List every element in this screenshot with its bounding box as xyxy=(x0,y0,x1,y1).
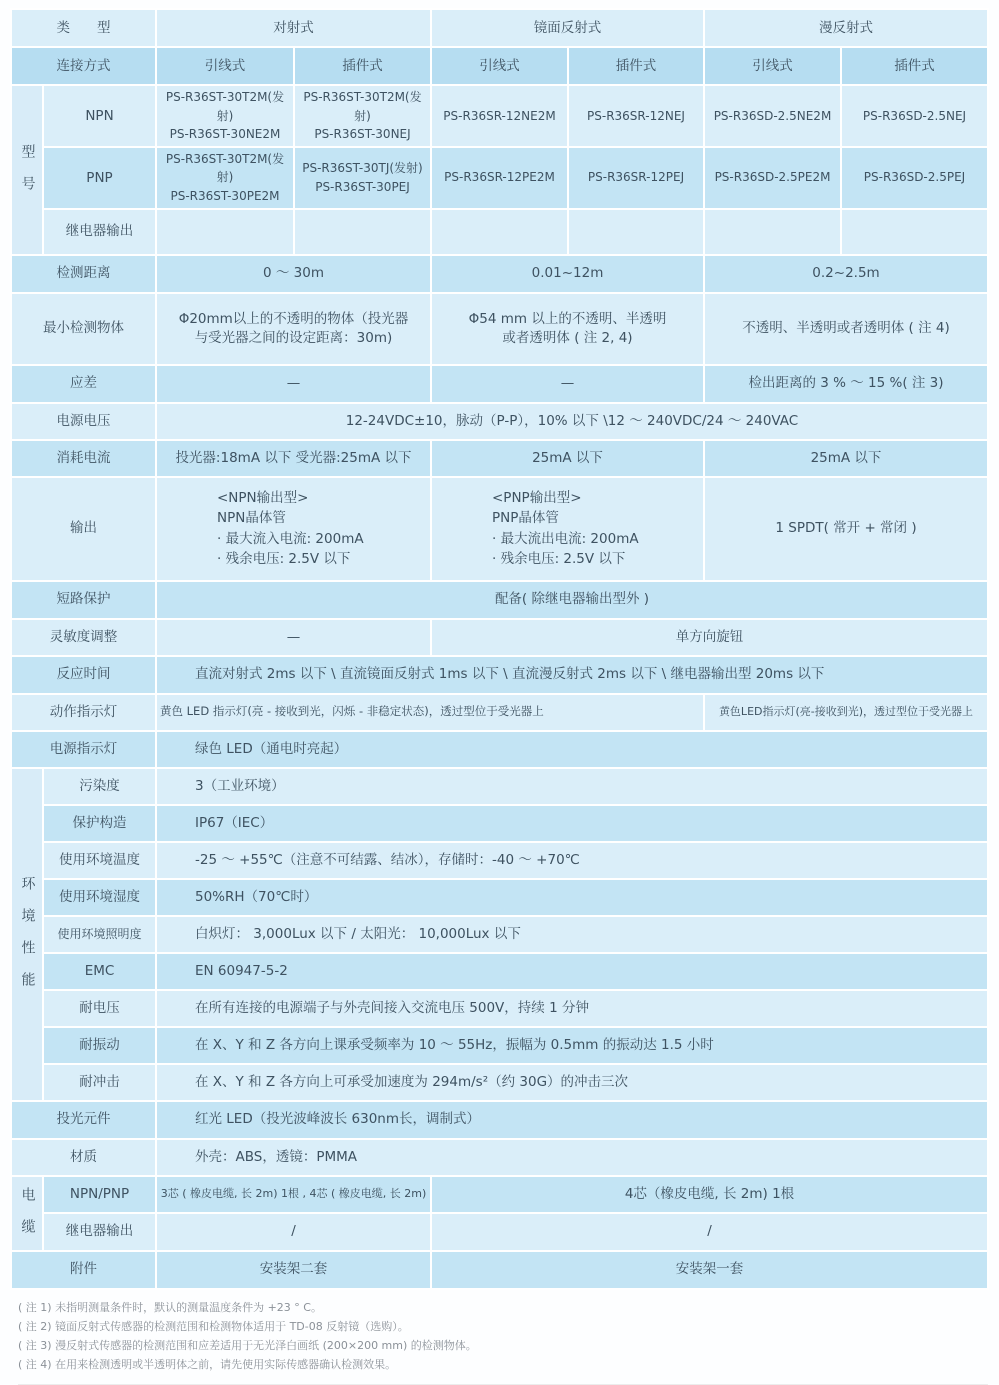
model-cell: PS-R36ST-30T2M(发射) PS-R36ST-30NE2M xyxy=(157,86,293,146)
row-output: 输出 <NPN输出型> NPN晶体管 · 最大流入电流: 200mA · 残余电… xyxy=(12,478,987,580)
row-label-withstand-voltage: 耐电压 xyxy=(44,991,155,1026)
cable-npn-pnp-right: 4芯（橡皮电缆, 长 2m) 1根 xyxy=(432,1177,987,1212)
row-emitter: 投光元件 红光 LED（投光波峰波长 630nm长，调制式） xyxy=(12,1102,987,1138)
supply-voltage-value: 12-24VDC±10，脉动（P-P），10% 以下 \12 ～ 240VDC/… xyxy=(157,404,987,439)
hysteresis-through-beam: — xyxy=(157,366,430,402)
connection-cell: 引线式 xyxy=(705,48,840,84)
row-label-operation-indicator: 动作指示灯 xyxy=(12,695,155,730)
connection-cell: 引线式 xyxy=(157,48,293,84)
row-env-protection: 保护构造 IP67（IEC） xyxy=(12,806,987,841)
sensitivity-value: 单方向旋钮 xyxy=(432,620,987,655)
sensing-distance-through-beam: 0 ～ 30m xyxy=(157,256,430,292)
spec-sheet: 类 型 对射式 镜面反射式 漫反射式 连接方式 引线式 插件式 引线式 插件式 … xyxy=(0,0,999,1385)
group-label-model: 型号 xyxy=(12,86,42,254)
model-cell: PS-R36SD-2.5NEJ xyxy=(842,86,987,146)
col-header-diffuse-reflective: 漫反射式 xyxy=(705,10,987,46)
row-label-output: 输出 xyxy=(12,478,155,580)
row-sensing-distance: 检测距离 0 ～ 30m 0.01~12m 0.2~2.5m xyxy=(12,256,987,292)
model-cell-empty xyxy=(842,210,987,254)
row-label-supply-voltage: 电源电压 xyxy=(12,404,155,439)
model-cell: PS-R36ST-30T2M(发射) PS-R36ST-30NEJ xyxy=(295,86,430,146)
model-cell: PS-R36ST-30T2M(发射) PS-R36ST-30PE2M xyxy=(157,148,293,208)
row-env-humidity: 使用环境湿度 50%RH（70℃时） xyxy=(12,880,987,915)
connection-cell: 插件式 xyxy=(569,48,703,84)
model-cell: PS-R36SR-12NE2M xyxy=(432,86,567,146)
model-cell: PS-R36SR-12PE2M xyxy=(432,148,567,208)
row-env-vibration: 耐振动 在 X、Y 和 Z 各方向上课承受频率为 10 ～ 55Hz，振幅为 0… xyxy=(12,1028,987,1063)
emitter-value: 红光 LED（投光波峰波长 630nm长，调制式） xyxy=(157,1102,987,1138)
row-label-ambient-humidity: 使用环境湿度 xyxy=(44,880,155,915)
current-diffuse: 25mA 以下 xyxy=(705,441,987,476)
current-through-beam: 投光器:18mA 以下 受光器:25mA 以下 xyxy=(157,441,430,476)
row-short-circuit: 短路保护 配备( 除继电器输出型外 ) xyxy=(12,582,987,618)
sensing-distance-diffuse: 0.2~2.5m xyxy=(705,256,987,292)
env-value: 50%RH（70℃时） xyxy=(157,880,987,915)
row-sensitivity: 灵敏度调整 — 单方向旋钮 xyxy=(12,620,987,655)
model-cell: PS-R36SD-2.5NE2M xyxy=(705,86,840,146)
row-label-pollution-degree: 污染度 xyxy=(44,769,155,804)
model-cell-empty xyxy=(157,210,293,254)
model-cell-empty xyxy=(295,210,430,254)
footnote-3: ( 注 3) 漫反射式传感器的检测范围和应差适用于无光泽白画纸 (200×200… xyxy=(18,1336,988,1355)
model-cell: PS-R36SR-12PEJ xyxy=(569,148,703,208)
row-env-pollution: 环境性能 污染度 3（工业环境） xyxy=(12,769,987,804)
min-object-retro: Φ54 mm 以上的不透明、半透明 或者透明体 ( 注 2, 4) xyxy=(432,294,703,364)
accessory-right: 安装架一套 xyxy=(432,1252,987,1288)
hysteresis-retro: — xyxy=(432,366,703,402)
row-model-pnp: PNP PS-R36ST-30T2M(发射) PS-R36ST-30PE2M P… xyxy=(12,148,987,208)
row-type: 类 型 对射式 镜面反射式 漫反射式 xyxy=(12,10,987,46)
spec-table: 类 型 对射式 镜面反射式 漫反射式 连接方式 引线式 插件式 引线式 插件式 … xyxy=(10,8,989,1290)
row-env-withstand-voltage: 耐电压 在所有连接的电源端子与外壳间接入交流电压 500V，持续 1 分钟 xyxy=(12,991,987,1026)
row-label-type: 类 型 xyxy=(12,10,155,46)
row-label-response-time: 反应时间 xyxy=(12,657,155,693)
row-label-min-object: 最小检测物体 xyxy=(12,294,155,364)
row-accessory: 附件 安装架二套 安装架一套 xyxy=(12,1252,987,1288)
env-value: IP67（IEC） xyxy=(157,806,987,841)
model-cell: PS-R36SR-12NEJ xyxy=(569,86,703,146)
footnote-4: ( 注 4) 在用来检测透明或半透明体之前，请先使用实际传感器确认检测效果。 xyxy=(18,1355,988,1374)
row-label-current-consumption: 消耗电流 xyxy=(12,441,155,476)
model-cell-empty xyxy=(569,210,703,254)
cable-relay-left: / xyxy=(157,1214,430,1250)
row-env-emc: EMC EN 60947-5-2 xyxy=(12,954,987,989)
row-label-hysteresis: 应差 xyxy=(12,366,155,402)
row-env-illuminance: 使用环境照明度 白炽灯： 3,000Lux 以下 / 太阳光： 10,000Lu… xyxy=(12,917,987,952)
row-current-consumption: 消耗电流 投光器:18mA 以下 受光器:25mA 以下 25mA 以下 25m… xyxy=(12,441,987,476)
env-value: EN 60947-5-2 xyxy=(157,954,987,989)
row-env-temperature: 使用环境温度 -25 ～ +55℃（注意不可结露、结冰），存储时：-40 ～ +… xyxy=(12,843,987,878)
min-object-diffuse: 不透明、半透明或者透明体 ( 注 4) xyxy=(705,294,987,364)
row-label-sensing-distance: 检测距离 xyxy=(12,256,155,292)
model-cell-empty xyxy=(705,210,840,254)
row-env-shock: 耐冲击 在 X、Y 和 Z 各方向上可承受加速度为 294m/s²（约 30G）… xyxy=(12,1065,987,1100)
row-label-sensitivity: 灵敏度调整 xyxy=(12,620,155,655)
material-value: 外壳：ABS，透镜：PMMA xyxy=(157,1140,987,1175)
row-label-accessory: 附件 xyxy=(12,1252,155,1288)
row-power-indicator: 电源指示灯 绿色 LED（通电时亮起） xyxy=(12,732,987,767)
group-label-cable: 电缆 xyxy=(12,1177,42,1250)
footnote-1: ( 注 1) 未指明测量条件时，默认的测量温度条件为 +23 ° C。 xyxy=(18,1298,988,1317)
row-label-material: 材质 xyxy=(12,1140,155,1175)
row-label-vibration-resistance: 耐振动 xyxy=(44,1028,155,1063)
row-label-emitter: 投光元件 xyxy=(12,1102,155,1138)
row-label-npn: NPN xyxy=(44,86,155,146)
operation-indicator-right: 黄色LED指示灯(亮-接收到光)，透过型位于受光器上 xyxy=(705,695,987,730)
operation-indicator-left: 黄色 LED 指示灯(亮 - 接收到光，闪烁 - 非稳定状态)，透过型位于受光器… xyxy=(157,695,703,730)
row-label-cable-relay: 继电器输出 xyxy=(44,1214,155,1250)
row-label-connection: 连接方式 xyxy=(12,48,155,84)
env-value: -25 ～ +55℃（注意不可结露、结冰），存储时：-40 ～ +70℃ xyxy=(157,843,987,878)
current-retro: 25mA 以下 xyxy=(432,441,703,476)
env-value: 在 X、Y 和 Z 各方向上可承受加速度为 294m/s²（约 30G）的冲击三… xyxy=(157,1065,987,1100)
footnote-2: ( 注 2) 镜面反射式传感器的检测范围和检测物体适用于 TD-08 反射镜（选… xyxy=(18,1317,988,1336)
row-model-npn: 型号 NPN PS-R36ST-30T2M(发射) PS-R36ST-30NE2… xyxy=(12,86,987,146)
row-operation-indicator: 动作指示灯 黄色 LED 指示灯(亮 - 接收到光，闪烁 - 非稳定状态)，透过… xyxy=(12,695,987,730)
output-npn-block: <NPN输出型> NPN晶体管 · 最大流入电流: 200mA · 残余电压: … xyxy=(157,478,430,580)
row-label-short-circuit: 短路保护 xyxy=(12,582,155,618)
row-model-relay: 继电器输出 xyxy=(12,210,987,254)
hysteresis-diffuse: 检出距离的 3 % ～ 15 %( 注 3) xyxy=(705,366,987,402)
footnotes: ( 注 1) 未指明测量条件时，默认的测量温度条件为 +23 ° C。 ( 注 … xyxy=(18,1298,988,1385)
row-label-ambient-temperature: 使用环境温度 xyxy=(44,843,155,878)
row-hysteresis: 应差 — — 检出距离的 3 % ～ 15 %( 注 3) xyxy=(12,366,987,402)
row-label-pnp: PNP xyxy=(44,148,155,208)
model-cell: PS-R36SD-2.5PEJ xyxy=(842,148,987,208)
env-value: 在所有连接的电源端子与外壳间接入交流电压 500V，持续 1 分钟 xyxy=(157,991,987,1026)
row-cable-npn-pnp: 电缆 NPN/PNP 3芯 ( 橡皮电缆, 长 2m) 1根 , 4芯 ( 橡皮… xyxy=(12,1177,987,1212)
env-value: 在 X、Y 和 Z 各方向上课承受频率为 10 ～ 55Hz，振幅为 0.5mm… xyxy=(157,1028,987,1063)
cable-npn-pnp-left: 3芯 ( 橡皮电缆, 长 2m) 1根 , 4芯 ( 橡皮电缆, 长 2m) xyxy=(157,1177,430,1212)
row-cable-relay: 继电器输出 / / xyxy=(12,1214,987,1250)
group-label-environment: 环境性能 xyxy=(12,769,42,1100)
env-value: 3（工业环境） xyxy=(157,769,987,804)
col-header-through-beam: 对射式 xyxy=(157,10,430,46)
response-time-value: 直流对射式 2ms 以下 \ 直流镜面反射式 1ms 以下 \ 直流漫反射式 2… xyxy=(157,657,987,693)
sensing-distance-retro: 0.01~12m xyxy=(432,256,703,292)
row-label-cable-npn-pnp: NPN/PNP xyxy=(44,1177,155,1212)
row-label-relay-output: 继电器输出 xyxy=(44,210,155,254)
row-response-time: 反应时间 直流对射式 2ms 以下 \ 直流镜面反射式 1ms 以下 \ 直流漫… xyxy=(12,657,987,693)
model-cell: PS-R36SD-2.5PE2M xyxy=(705,148,840,208)
row-connection: 连接方式 引线式 插件式 引线式 插件式 引线式 插件式 xyxy=(12,48,987,84)
accessory-left: 安装架二套 xyxy=(157,1252,430,1288)
output-pnp-block: <PNP输出型> PNP晶体管 · 最大流出电流: 200mA · 残余电压: … xyxy=(432,478,703,580)
connection-cell: 插件式 xyxy=(842,48,987,84)
power-indicator-value: 绿色 LED（通电时亮起） xyxy=(157,732,987,767)
connection-cell: 引线式 xyxy=(432,48,567,84)
output-relay-value: 1 SPDT( 常开 + 常闭 ) xyxy=(705,478,987,580)
short-circuit-value: 配备( 除继电器输出型外 ) xyxy=(157,582,987,618)
row-label-ambient-illuminance: 使用环境照明度 xyxy=(44,917,155,952)
row-label-protection-structure: 保护构造 xyxy=(44,806,155,841)
min-object-through-beam: Φ20mm以上的不透明的物体（投光器 与受光器之间的设定距离：30m) xyxy=(157,294,430,364)
model-cell: PS-R36ST-30TJ(发射) PS-R36ST-30PEJ xyxy=(295,148,430,208)
row-label-power-indicator: 电源指示灯 xyxy=(12,732,155,767)
row-supply-voltage: 电源电压 12-24VDC±10，脉动（P-P），10% 以下 \12 ～ 24… xyxy=(12,404,987,439)
row-material: 材质 外壳：ABS，透镜：PMMA xyxy=(12,1140,987,1175)
connection-cell: 插件式 xyxy=(295,48,430,84)
row-min-object: 最小检测物体 Φ20mm以上的不透明的物体（投光器 与受光器之间的设定距离：30… xyxy=(12,294,987,364)
col-header-retro-reflective: 镜面反射式 xyxy=(432,10,703,46)
env-value: 白炽灯： 3,000Lux 以下 / 太阳光： 10,000Lux 以下 xyxy=(157,917,987,952)
row-label-shock-resistance: 耐冲击 xyxy=(44,1065,155,1100)
cable-relay-right: / xyxy=(432,1214,987,1250)
row-label-emc: EMC xyxy=(44,954,155,989)
model-cell-empty xyxy=(432,210,567,254)
sensitivity-through-beam: — xyxy=(157,620,430,655)
